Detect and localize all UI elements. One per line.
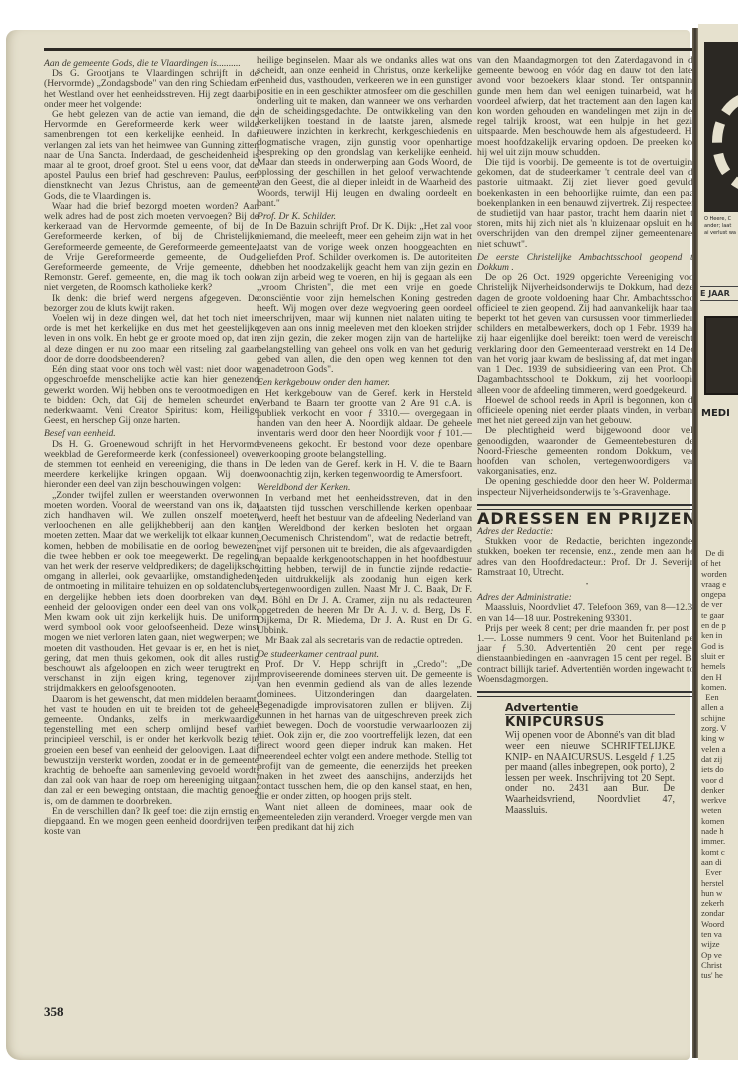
text-line: king w: [701, 733, 727, 743]
article-paragraph: heilige beginselen. Maar als we ondanks …: [257, 56, 472, 209]
text-line: zekerh: [701, 898, 727, 908]
text-line: Een: [701, 692, 727, 702]
administratie-text: Maassluis, Noordvliet 47. Telefoon 369, …: [477, 603, 697, 623]
text-line: Woord: [701, 919, 727, 929]
text-line: werkve: [701, 795, 727, 805]
top-rule: [44, 48, 704, 51]
text-line: hun w: [701, 888, 727, 898]
article-paragraph: Ds G. Grootjans te Vlaardingen schrijft …: [44, 69, 259, 110]
text-line: immer.: [701, 836, 727, 846]
text-line: te gaar: [701, 610, 727, 620]
article-heading: Wereldbond der Kerken.: [257, 483, 472, 493]
next-page-text: De diof hetwordenvraag eongepade verte g…: [701, 548, 727, 980]
adressen-title-word: EN: [586, 514, 612, 524]
adressen-title-word: ADRESSEN: [477, 514, 581, 524]
text-line: de ver: [701, 599, 727, 609]
text-line: Christ: [701, 960, 727, 970]
article-paragraph: Hoewel de school reeds in April is begon…: [477, 396, 697, 427]
text-line: vraag e: [701, 579, 727, 589]
article-paragraph: Ge hebt gelezen van de actie van iemand,…: [44, 110, 259, 202]
article-paragraph: Ik denk: die brief werd nergens afgegeve…: [44, 294, 259, 314]
caption-line: O Heere, C: [704, 216, 736, 223]
article-paragraph: Eén ding staat voor ons toch wèl vast: n…: [44, 365, 259, 426]
article-paragraph: De opening geschiedde door den heer W. P…: [477, 477, 697, 497]
next-page-fragment: O Heere, Cander; laatai verlust wa E JAA…: [698, 24, 738, 1060]
masthead-emblem-image: [704, 42, 738, 212]
section-heading-fragment: MEDI: [701, 408, 730, 419]
text-line: ten va: [701, 929, 727, 939]
page-number: 358: [44, 1004, 64, 1020]
article-paragraph: In verband met het eenheidsstreven, dat …: [257, 494, 472, 637]
article-paragraph: „Zonder twijfel zullen er weerstanden ov…: [44, 491, 259, 695]
caption-line: ai verlust wa: [704, 230, 736, 237]
article-paragraph: van den Maandagmorgen tot den Zaterdagav…: [477, 56, 697, 158]
article-paragraph: De leden van de Geref. kerk in H. V. die…: [257, 460, 472, 480]
column-3: van den Maandagmorgen tot den Zaterdagav…: [477, 56, 697, 816]
article-paragraph: Waar had die brief bezorgd moeten worden…: [44, 202, 259, 294]
article-paragraph: Het kerkgebouw van de Geref. kerk in Her…: [257, 389, 472, 460]
text-line: allen a: [701, 702, 727, 712]
text-line: voor d: [701, 775, 727, 785]
volume-label: E JAAR: [700, 286, 738, 301]
text-line: velen a: [701, 744, 727, 754]
text-line: De di: [701, 548, 727, 558]
article-paragraph: Voelen wij in deze dingen wel, dat het t…: [44, 314, 259, 365]
text-line: aan di: [701, 857, 727, 867]
text-line: wijze: [701, 939, 727, 949]
adressen-title: ADRESSEN EN PRIJZEN: [477, 514, 697, 524]
separator-dot: •: [477, 580, 697, 590]
article-paragraph: De plechtigheid werd bijgewoond door vel…: [477, 426, 697, 477]
text-line: zondar: [701, 908, 727, 918]
text-line: Ever: [701, 867, 727, 877]
text-line: herstel: [701, 878, 727, 888]
caption-line: ander; laat: [704, 223, 736, 230]
emblem-caption: O Heere, Cander; laatai verlust wa: [704, 216, 736, 237]
article-heading: Besef van eenheid.: [44, 429, 259, 439]
text-line: iets do: [701, 764, 727, 774]
redactie-text: Stukken voor de Redactie, berichten inge…: [477, 537, 697, 578]
text-line: ongepa: [701, 589, 727, 599]
article-paragraph: De op 26 Oct. 1929 opgerichte Vereenigin…: [477, 273, 697, 395]
text-line: komen: [701, 816, 727, 826]
text-line: Op ve: [701, 950, 727, 960]
text-line: worden: [701, 569, 727, 579]
advertisement-label: Advertentie: [505, 703, 675, 715]
article-paragraph: Die tijd is voorbij. De gemeente is tot …: [477, 158, 697, 250]
adressen-title-word: PRIJZEN: [618, 514, 697, 524]
text-line: of het: [701, 558, 727, 568]
text-line: hemels: [701, 661, 727, 671]
column-2: heilige beginselen. Maar als we ondanks …: [257, 56, 472, 833]
advertisement-title: KNIPCURSUS: [505, 718, 675, 728]
text-line: en de p: [701, 620, 727, 630]
column-3-articles: van den Maandagmorgen tot den Zaterdagav…: [477, 56, 697, 498]
article-heading: De eerste Christelijke Ambachtsschool ge…: [477, 253, 697, 273]
text-line: tus' he: [701, 970, 727, 980]
column-1: Aan de gemeente Gods, die te Vlaardingen…: [44, 56, 259, 837]
text-line: den H: [701, 672, 727, 682]
article-paragraph: Prof. Dr V. Hepp schrijft in „Credo": „D…: [257, 660, 472, 803]
article-paragraph: Mr Baak zal als secretaris van de redact…: [257, 636, 472, 646]
text-line: God is: [701, 641, 727, 651]
advertisement: Advertentie KNIPCURSUS Wij openen voor d…: [505, 703, 675, 816]
article-paragraph: En de verschillen dan? Ik geef toe: die …: [44, 807, 259, 838]
article-paragraph: In De Bazuin schrijft Prof. Dr K. Dijk: …: [257, 222, 472, 375]
article-paragraph: Daarom is het gewenscht, dat men middele…: [44, 695, 259, 807]
advertisement-body: Wij openen voor de Abonné's van dit blad…: [505, 731, 675, 816]
text-line: sluit er: [701, 651, 727, 661]
text-line: schijne: [701, 713, 727, 723]
article-paragraph: Ds H. G. Groenewoud schrijft in het Herv…: [44, 440, 259, 491]
text-line: dat zij: [701, 754, 727, 764]
article-heading: Een kerkgebouw onder den hamer.: [257, 378, 472, 388]
text-line: komt c: [701, 847, 727, 857]
text-line: weten: [701, 805, 727, 815]
text-line: komen.: [701, 682, 727, 692]
text-line: denker: [701, 785, 727, 795]
article-paragraph: Want niet alleen de dominees, maar ook d…: [257, 803, 472, 834]
text-line: ken in: [701, 630, 727, 640]
photo-image: [704, 316, 738, 395]
prijzen-text: Prijs per week 8 cent; per drie maanden …: [477, 624, 697, 685]
text-line: nade h: [701, 826, 727, 836]
text-line: zorg. V: [701, 723, 727, 733]
section-divider: [477, 691, 697, 697]
